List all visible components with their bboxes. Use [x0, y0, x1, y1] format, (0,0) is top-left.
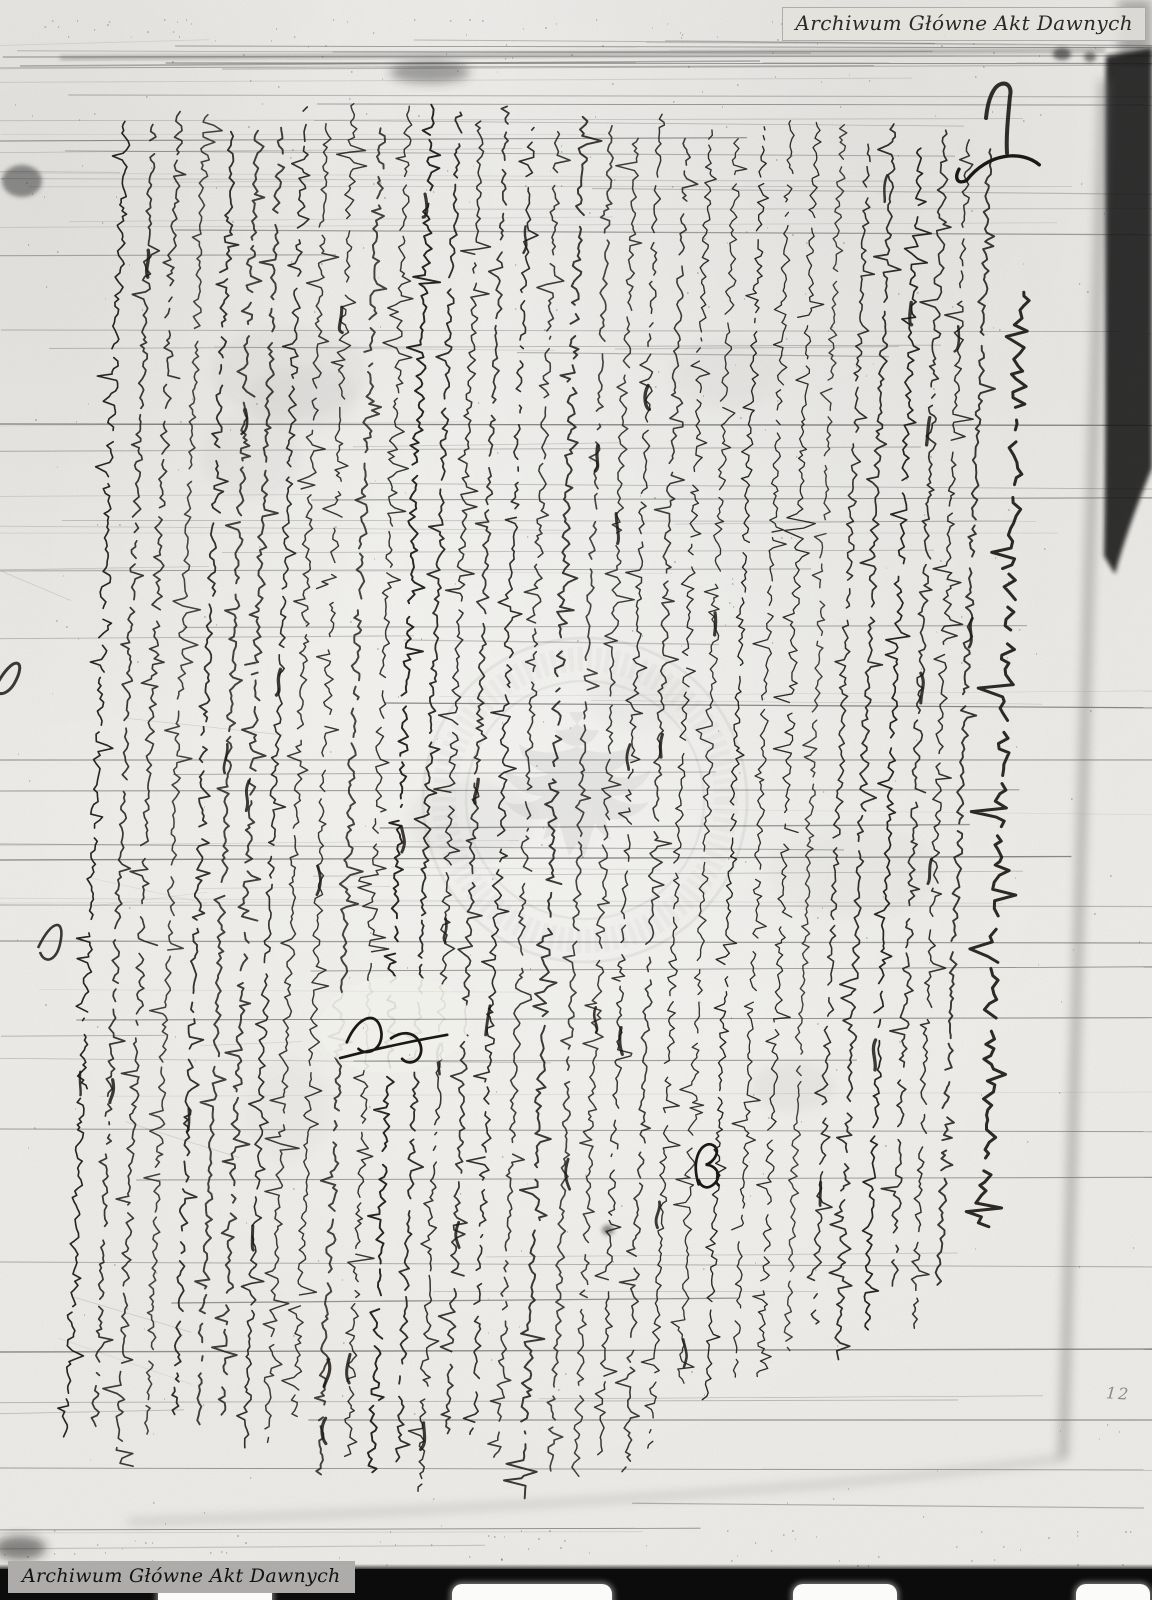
- archive-watermark-top: Archiwum Główne Akt Dawnych: [782, 7, 1146, 41]
- toolbar-button-4[interactable]: [1076, 1584, 1150, 1600]
- archive-watermark-bottom: Archiwum Główne Akt Dawnych: [8, 1561, 355, 1593]
- manuscript-scan-image: [0, 0, 1152, 1600]
- archive-watermark-bottom-text: Archiwum Główne Akt Dawnych: [22, 1565, 341, 1587]
- scan-viewport: Archiwum Główne Akt Dawnych 12 Archiwum …: [0, 0, 1152, 1600]
- toolbar-button-3[interactable]: [793, 1584, 897, 1600]
- toolbar-button-2[interactable]: [452, 1584, 612, 1600]
- folio-number: 12: [1105, 1383, 1131, 1404]
- archive-watermark-top-text: Archiwum Główne Akt Dawnych: [795, 11, 1133, 35]
